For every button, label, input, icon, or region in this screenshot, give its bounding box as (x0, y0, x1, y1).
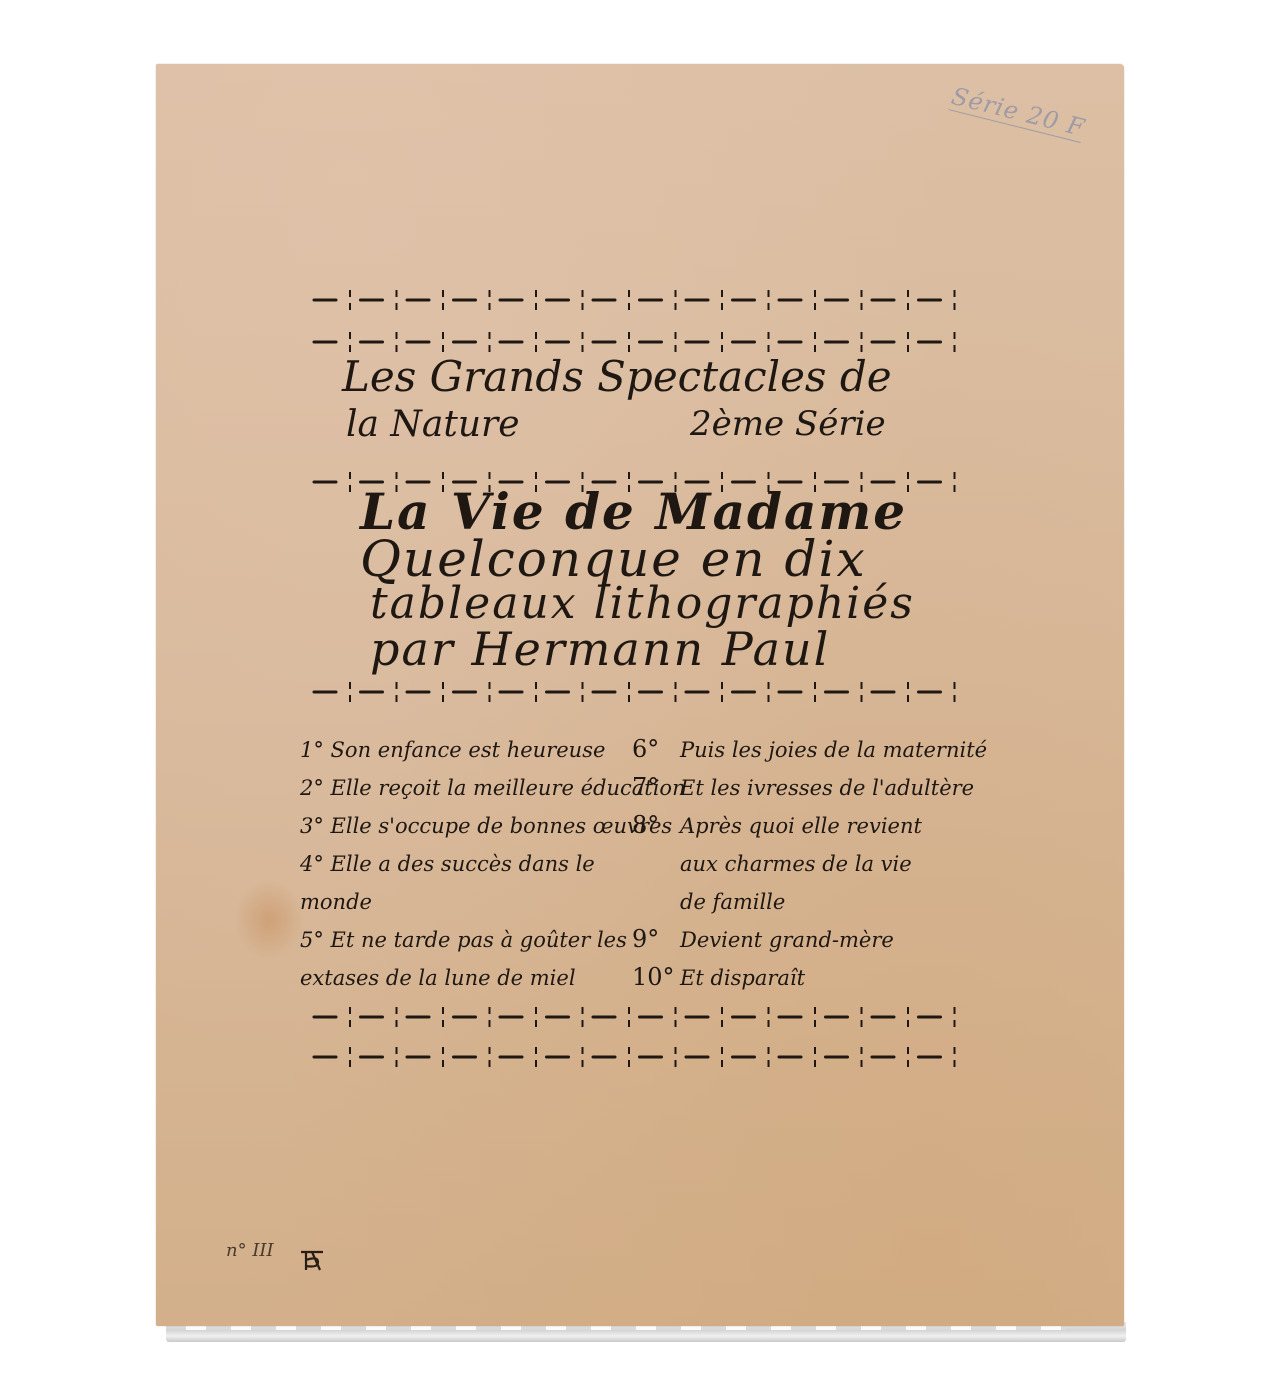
tableau-number: 9° (632, 925, 659, 953)
dashed-border-row (310, 288, 958, 312)
tableau-item: Devient grand-mère (680, 928, 894, 952)
series-title-line-1: Les Grands Spectacles de (342, 352, 892, 401)
main-title-line-4: par Hermann Paul (370, 622, 830, 676)
tableau-item: Et disparaît (680, 966, 805, 990)
tableau-item: extases de la lune de miel (300, 966, 576, 990)
tableau-item: Et les ivresses de l'adultère (680, 776, 974, 800)
foxing-stain (234, 880, 304, 960)
tableau-item: aux charmes de la vie (680, 852, 912, 876)
tableau-number: 10° (632, 963, 675, 991)
tableau-number: 6° (632, 735, 659, 763)
dashed-border-row (310, 1045, 958, 1069)
series-number: 2ème Série (690, 404, 886, 444)
tableau-number: 8° (632, 811, 659, 839)
tableau-item: 5° Et ne tarde pas à goûter les (300, 928, 627, 952)
dashed-border-row (310, 680, 958, 704)
tableau-item: 4° Elle a des succès dans le (300, 852, 595, 876)
artist-monogram-icon (298, 1248, 326, 1274)
tableau-number: 7° (632, 773, 659, 801)
inventory-note: n° III (226, 1240, 274, 1261)
tableau-item: monde (300, 890, 372, 914)
tableau-item: de famille (680, 890, 785, 914)
dashed-border-row (310, 330, 958, 354)
tableau-item: 1° Son enfance est heureuse (300, 738, 605, 762)
tableau-item: Après quoi elle revient (680, 814, 922, 838)
series-title-line-2-left: la Nature (346, 404, 520, 445)
tableau-item: 3° Elle s'occupe de bonnes œuvres (300, 814, 672, 838)
tableau-item: Puis les joies de la maternité (680, 738, 987, 762)
dashed-border-row (310, 1005, 958, 1029)
tableau-item: 2° Elle reçoit la meilleure éducation (300, 776, 686, 800)
